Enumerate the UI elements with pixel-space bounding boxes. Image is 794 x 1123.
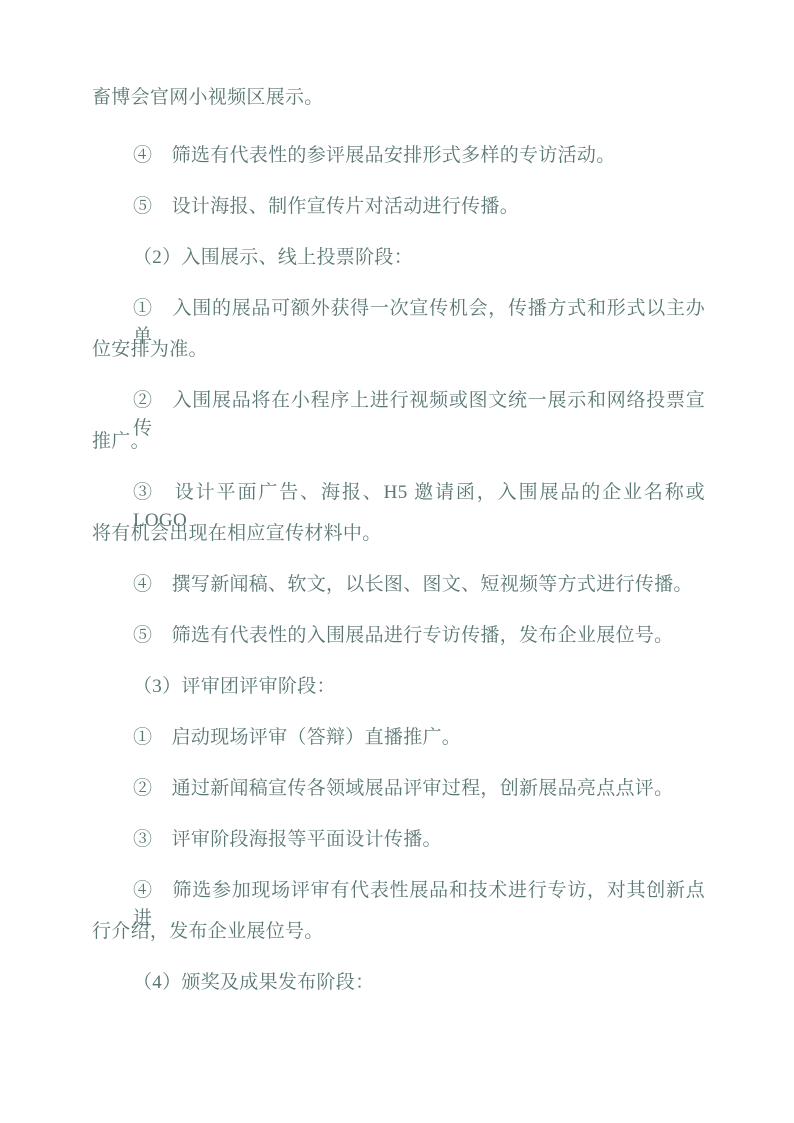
text-line: 位安排为准。 — [92, 336, 705, 364]
document-page: 畜博会官网小视频区展示。④ 筛选有代表性的参评展品安排形式多样的专访活动。⑤ 设… — [0, 0, 794, 1123]
text-line: ③ 评审阶段海报等平面设计传播。 — [92, 826, 705, 854]
text-line: ⑤ 筛选有代表性的入围展品进行专访传播，发布企业展位号。 — [92, 622, 705, 650]
text-line: ④ 筛选有代表性的参评展品安排形式多样的专访活动。 — [92, 142, 705, 170]
text-line: ① 入围的展品可额外获得一次宣传机会，传播方式和形式以主办单 — [92, 295, 705, 323]
text-line: ③ 设计平面广告、海报、H5 邀请函，入围展品的企业名称或 LOGO — [92, 479, 705, 507]
text-line: 推广。 — [92, 428, 705, 456]
text-line: ⑤ 设计海报、制作宣传片对活动进行传播。 — [92, 193, 705, 221]
text-line: ② 入围展品将在小程序上进行视频或图文统一展示和网络投票宣传 — [92, 387, 705, 415]
text-line: ① 启动现场评审（答辩）直播推广。 — [92, 724, 705, 752]
text-line: 将有机会出现在相应宣传材料中。 — [92, 520, 705, 548]
text-line: ④ 筛选参加现场评审有代表性展品和技术进行专访，对其创新点进 — [92, 877, 705, 905]
text-line: （2）入围展示、线上投票阶段： — [92, 244, 705, 272]
text-line: （4）颁奖及成果发布阶段： — [92, 969, 705, 997]
document-text-block: 畜博会官网小视频区展示。④ 筛选有代表性的参评展品安排形式多样的专访活动。⑤ 设… — [92, 84, 705, 997]
text-line: ④ 撰写新闻稿、软文，以长图、图文、短视频等方式进行传播。 — [92, 571, 705, 599]
text-line: （3）评审团评审阶段： — [92, 673, 705, 701]
text-line: 行介绍，发布企业展位号。 — [92, 918, 705, 946]
text-line: ② 通过新闻稿宣传各领域展品评审过程，创新展品亮点点评。 — [92, 775, 705, 803]
text-line: 畜博会官网小视频区展示。 — [92, 84, 705, 112]
